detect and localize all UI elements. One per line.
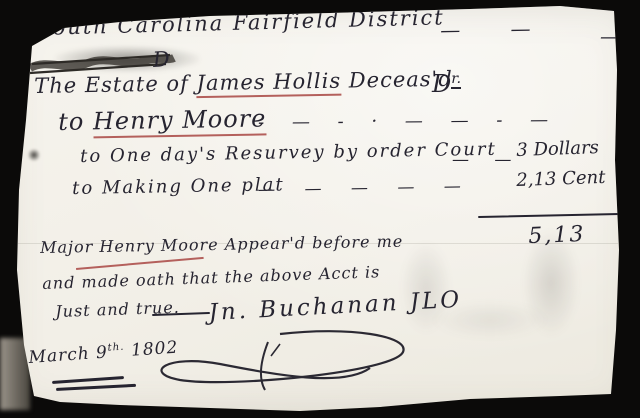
document-paper: South Carolina Fairfield District — — — … — [0, 0, 640, 418]
item-2-dashes: — — — — — — [258, 176, 463, 200]
item-desc: to Making One plat — [72, 174, 285, 199]
header-text: South Carolina Fairfield District — [36, 5, 445, 40]
date-underline-2 — [56, 384, 136, 391]
payee-dashes: - — - · — — - — — [258, 109, 550, 133]
ink-dot — [28, 148, 40, 162]
item-1-text: to One day's Resurvey by order Court — [80, 139, 497, 167]
item-2-text: to Making One plat — [72, 174, 285, 199]
estate-prefix: The Estate of — [34, 71, 197, 98]
affidavit-line-1: Major Henry Moore Appear'd before me — [40, 232, 403, 257]
payee-prefix: to — [58, 107, 93, 136]
header-far-dash: — — [600, 24, 622, 48]
signature: Jn. Buchanan JLO — [208, 287, 463, 326]
date-main: March 9 — [28, 342, 109, 367]
dr-superscript: r. — [451, 71, 461, 89]
date-underline-1 — [52, 376, 124, 384]
obliterated-mark: D — [152, 47, 170, 72]
affidavit-suffix: Appear'd before me — [218, 232, 403, 254]
date-year: 1802 — [130, 338, 179, 361]
payee-line: to Henry Moore — [58, 104, 267, 136]
photo-background: South Carolina Fairfield District — — — … — [0, 0, 640, 418]
item-2-amount: 2,13 Cent — [516, 167, 606, 191]
item-1-amount: 3 Dollars — [516, 137, 599, 161]
dr-main: D — [432, 70, 451, 98]
dr-abbrev: Dr. — [432, 70, 461, 98]
affidavit-line-3: Just and true. — [55, 298, 180, 321]
header-line: South Carolina Fairfield District — [36, 5, 445, 40]
total-rule — [478, 213, 630, 219]
date-superscript: th. — [107, 342, 125, 354]
item-desc: to One day's Resurvey by order Court — [80, 139, 497, 167]
header-dashes: — — — [440, 16, 533, 42]
payee-name-underlined: Henry Moore — [93, 104, 267, 138]
affidavit-prefix: Major — [40, 237, 100, 257]
item-1-dashes: — — — [452, 150, 513, 170]
signature-flourish — [140, 326, 440, 396]
estate-name-underlined: James Hollis — [196, 69, 341, 99]
total-amount: 5,13 — [528, 222, 586, 249]
affidavit-name: Henry Moore — [99, 235, 219, 256]
